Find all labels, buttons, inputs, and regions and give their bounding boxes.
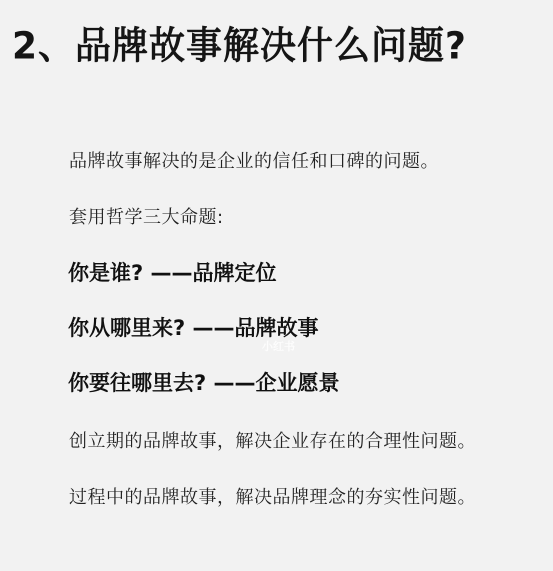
conclusion-process: 过程中的品牌故事，解决品牌理念的夯实性问题。	[69, 483, 476, 509]
conclusion-startup: 创立期的品牌故事，解决企业存在的合理性问题。	[69, 427, 476, 453]
question-who: 你是谁? ——品牌定位	[68, 257, 277, 287]
page-title: 2、品牌故事解决什么问题?	[12, 17, 467, 71]
philosophy-lead: 套用哲学三大命题:	[69, 203, 224, 229]
question-where-to: 你要往哪里去? ——企业愿景	[68, 367, 340, 397]
watermark: 小红书	[262, 338, 295, 354]
intro-paragraph: 品牌故事解决的是企业的信任和口碑的问题。	[69, 147, 439, 173]
